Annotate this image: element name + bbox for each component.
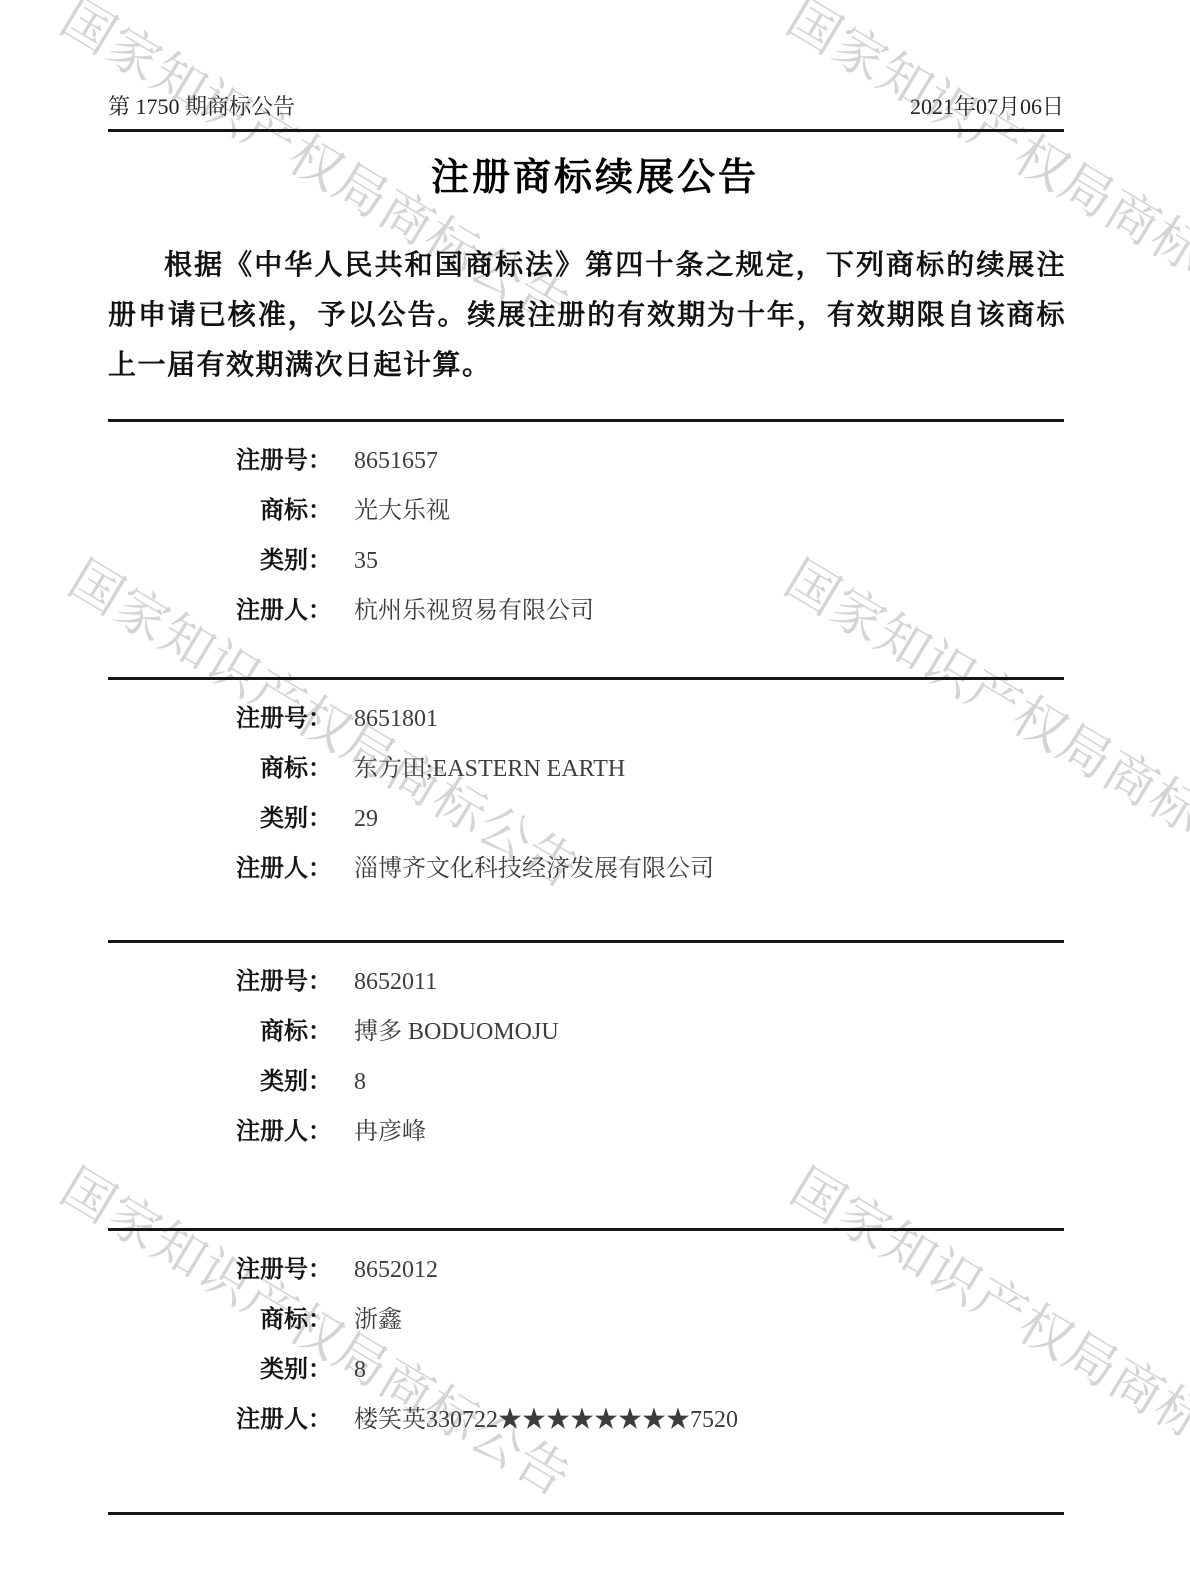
registrant-value: 楼笑英330722★★★★★★★★7520 <box>332 1395 738 1445</box>
trademark-label: 商标： <box>108 744 332 794</box>
registration-number-label: 注册号： <box>108 694 332 744</box>
category-row: 类别： 8 <box>108 1057 1064 1107</box>
registration-number-label: 注册号： <box>108 957 332 1007</box>
trademark-value: 光大乐视 <box>332 486 450 536</box>
trademark-row: 商标： 浙鑫 <box>108 1295 1064 1345</box>
registrant-label: 注册人： <box>108 1107 332 1157</box>
trademark-entry: 注册号： 8652012 商标： 浙鑫 类别： 8 注册人： 楼笑英330722… <box>108 1228 1064 1512</box>
gazette-date: 2021年07月06日 <box>910 90 1064 121</box>
registrant-row: 注册人： 楼笑英330722★★★★★★★★7520 <box>108 1395 1064 1445</box>
registration-number-label: 注册号： <box>108 436 332 486</box>
category-label: 类别： <box>108 536 332 586</box>
category-value: 35 <box>332 536 378 586</box>
registration-number-value: 8652011 <box>332 957 437 1007</box>
registration-number-row: 注册号： 8651657 <box>108 436 1064 486</box>
trademark-label: 商标： <box>108 1007 332 1057</box>
registration-number-row: 注册号： 8652011 <box>108 957 1064 1007</box>
trademark-row: 商标： 光大乐视 <box>108 486 1064 536</box>
intro-paragraph: 根据《中华人民共和国商标法》第四十条之规定，下列商标的续展注册申请已核准，予以公… <box>108 240 1066 390</box>
registration-number-row: 注册号： 8651801 <box>108 694 1064 744</box>
category-value: 29 <box>332 794 378 844</box>
registrant-row: 注册人： 杭州乐视贸易有限公司 <box>108 586 1064 636</box>
trademark-value: 浙鑫 <box>332 1295 402 1345</box>
trademark-value: 搏多 BODUOMOJU <box>332 1007 559 1057</box>
registrant-row: 注册人： 淄博齐文化科技经济发展有限公司 <box>108 844 1064 894</box>
trademark-label: 商标： <box>108 486 332 536</box>
trademark-label: 商标： <box>108 1295 332 1345</box>
category-label: 类别： <box>108 1345 332 1395</box>
trademark-entry: 注册号： 8651801 商标： 东方田;EASTERN EARTH 类别： 2… <box>108 677 1064 940</box>
trademark-row: 商标： 搏多 BODUOMOJU <box>108 1007 1064 1057</box>
registrant-value: 淄博齐文化科技经济发展有限公司 <box>332 844 714 894</box>
page-header: 第 1750 期商标公告 2021年07月06日 <box>108 90 1064 121</box>
trademark-value: 东方田;EASTERN EARTH <box>332 744 625 794</box>
registrant-label: 注册人： <box>108 586 332 636</box>
category-value: 8 <box>332 1057 366 1107</box>
category-label: 类别： <box>108 794 332 844</box>
registration-number-value: 8652012 <box>332 1245 438 1295</box>
gazette-issue-label: 第 1750 期商标公告 <box>108 90 295 121</box>
trademark-entry: 注册号： 8651657 商标： 光大乐视 类别： 35 注册人： 杭州乐视贸易… <box>108 419 1064 677</box>
registration-number-row: 注册号： 8652012 <box>108 1245 1064 1295</box>
registration-number-value: 8651801 <box>332 694 438 744</box>
category-value: 8 <box>332 1345 366 1395</box>
category-label: 类别： <box>108 1057 332 1107</box>
trademark-entry-list: 注册号： 8651657 商标： 光大乐视 类别： 35 注册人： 杭州乐视贸易… <box>108 419 1064 1515</box>
category-row: 类别： 8 <box>108 1345 1064 1395</box>
page-title: 注册商标续展公告 <box>0 146 1190 201</box>
registrant-label: 注册人： <box>108 1395 332 1445</box>
header-rule <box>108 129 1064 132</box>
registration-number-label: 注册号： <box>108 1245 332 1295</box>
category-row: 类别： 29 <box>108 794 1064 844</box>
category-row: 类别： 35 <box>108 536 1064 586</box>
registrant-row: 注册人： 冉彦峰 <box>108 1107 1064 1157</box>
trademark-row: 商标： 东方田;EASTERN EARTH <box>108 744 1064 794</box>
trademark-entry: 注册号： 8652011 商标： 搏多 BODUOMOJU 类别： 8 注册人：… <box>108 940 1064 1228</box>
registrant-value: 杭州乐视贸易有限公司 <box>332 586 594 636</box>
registration-number-value: 8651657 <box>332 436 438 486</box>
registrant-value: 冉彦峰 <box>332 1107 426 1157</box>
gazette-page: 第 1750 期商标公告 2021年07月06日 注册商标续展公告 根据《中华人… <box>0 0 1190 1596</box>
registrant-label: 注册人： <box>108 844 332 894</box>
